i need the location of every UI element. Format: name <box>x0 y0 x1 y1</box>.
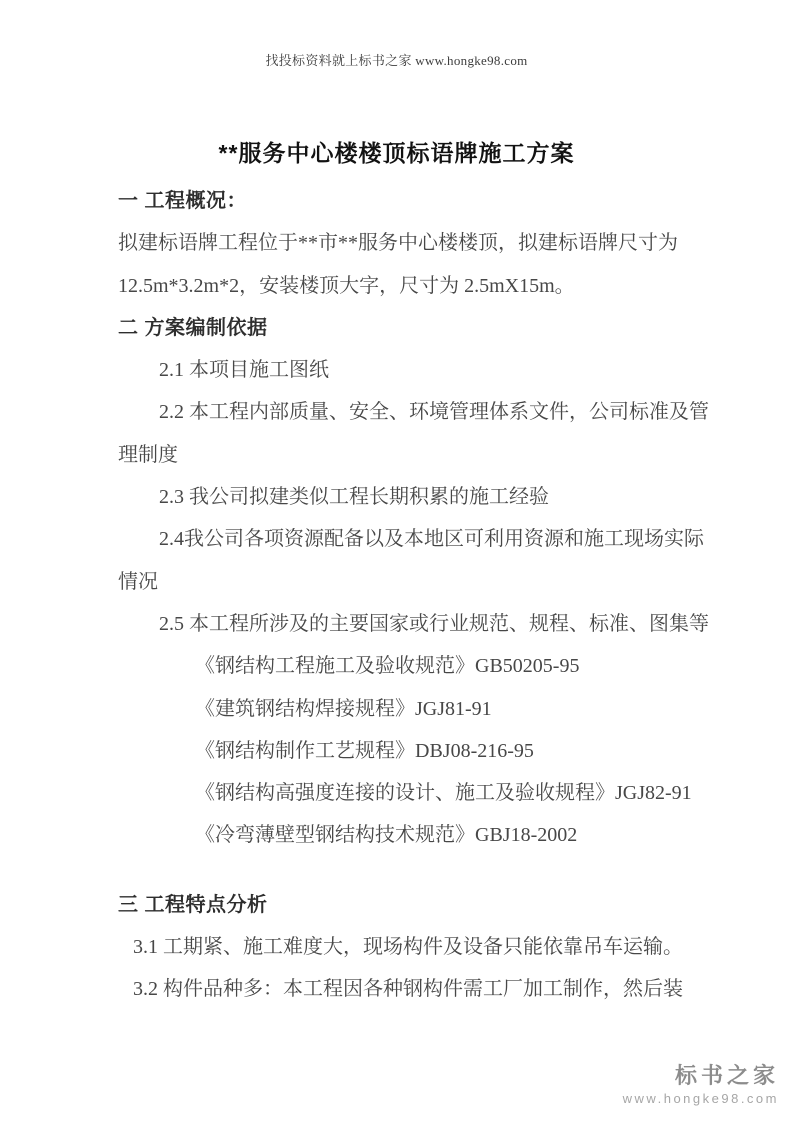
list-item-2-1: 2.1 本项目施工图纸 <box>118 349 684 391</box>
document-body: 一 工程概况： 拟建标语牌工程位于**市**服务中心楼楼顶，拟建标语牌尺寸为 1… <box>118 180 684 1011</box>
document-page: 找投标资料就上标书之家 www.hongke98.com **服务中心楼楼顶标语… <box>0 0 793 1122</box>
list-item-3-2: 3.2 构件品种多：本工程因各种钢构件需工厂加工制作，然后装 <box>118 968 684 1010</box>
standard-reference: 《钢结构高强度连接的设计、施工及验收规程》JGJ82-91 <box>118 772 684 814</box>
document-title: **服务中心楼楼顶标语牌施工方案 <box>0 135 793 168</box>
paragraph-line: 12.5m*3.2m*2，安装楼顶大字，尺寸为 2.5mX15m。 <box>118 265 684 307</box>
section-heading-3: 三 工程特点分析 <box>118 884 684 926</box>
footer-logo: 标书之家 <box>623 1062 779 1090</box>
standard-reference: 《冷弯薄壁型钢结构技术规范》GBJ18-2002 <box>118 814 684 856</box>
standard-reference: 《建筑钢结构焊接规程》JGJ81-91 <box>118 688 684 730</box>
list-item-2-2: 2.2 本工程内部质量、安全、环境管理体系文件，公司标准及管 <box>118 391 684 433</box>
list-item-2-3: 2.3 我公司拟建类似工程长期积累的施工经验 <box>118 476 684 518</box>
standard-reference: 《钢结构制作工艺规程》DBJ08-216-95 <box>118 730 684 772</box>
section-heading-1: 一 工程概况： <box>118 180 684 222</box>
header-watermark: 找投标资料就上标书之家 www.hongke98.com <box>0 50 793 69</box>
paragraph-line: 情况 <box>118 561 684 603</box>
footer-url: www.hongke98.com <box>623 1091 779 1106</box>
standard-reference: 《钢结构工程施工及验收规范》GB50205-95 <box>118 645 684 687</box>
list-item-2-5: 2.5 本工程所涉及的主要国家或行业规范、规程、标准、图集等 <box>118 603 684 645</box>
list-item-3-1: 3.1 工期紧、施工难度大，现场构件及设备只能依靠吊车运输。 <box>118 926 684 968</box>
list-item-2-4: 2.4我公司各项资源配备以及本地区可利用资源和施工现场实际 <box>118 518 684 560</box>
paragraph-line: 理制度 <box>118 434 684 476</box>
section-heading-2: 二 方案编制依据 <box>118 307 684 349</box>
paragraph-line: 拟建标语牌工程位于**市**服务中心楼楼顶，拟建标语牌尺寸为 <box>118 222 684 264</box>
footer-brand: 标书之家 www.hongke98.com <box>623 1062 779 1106</box>
